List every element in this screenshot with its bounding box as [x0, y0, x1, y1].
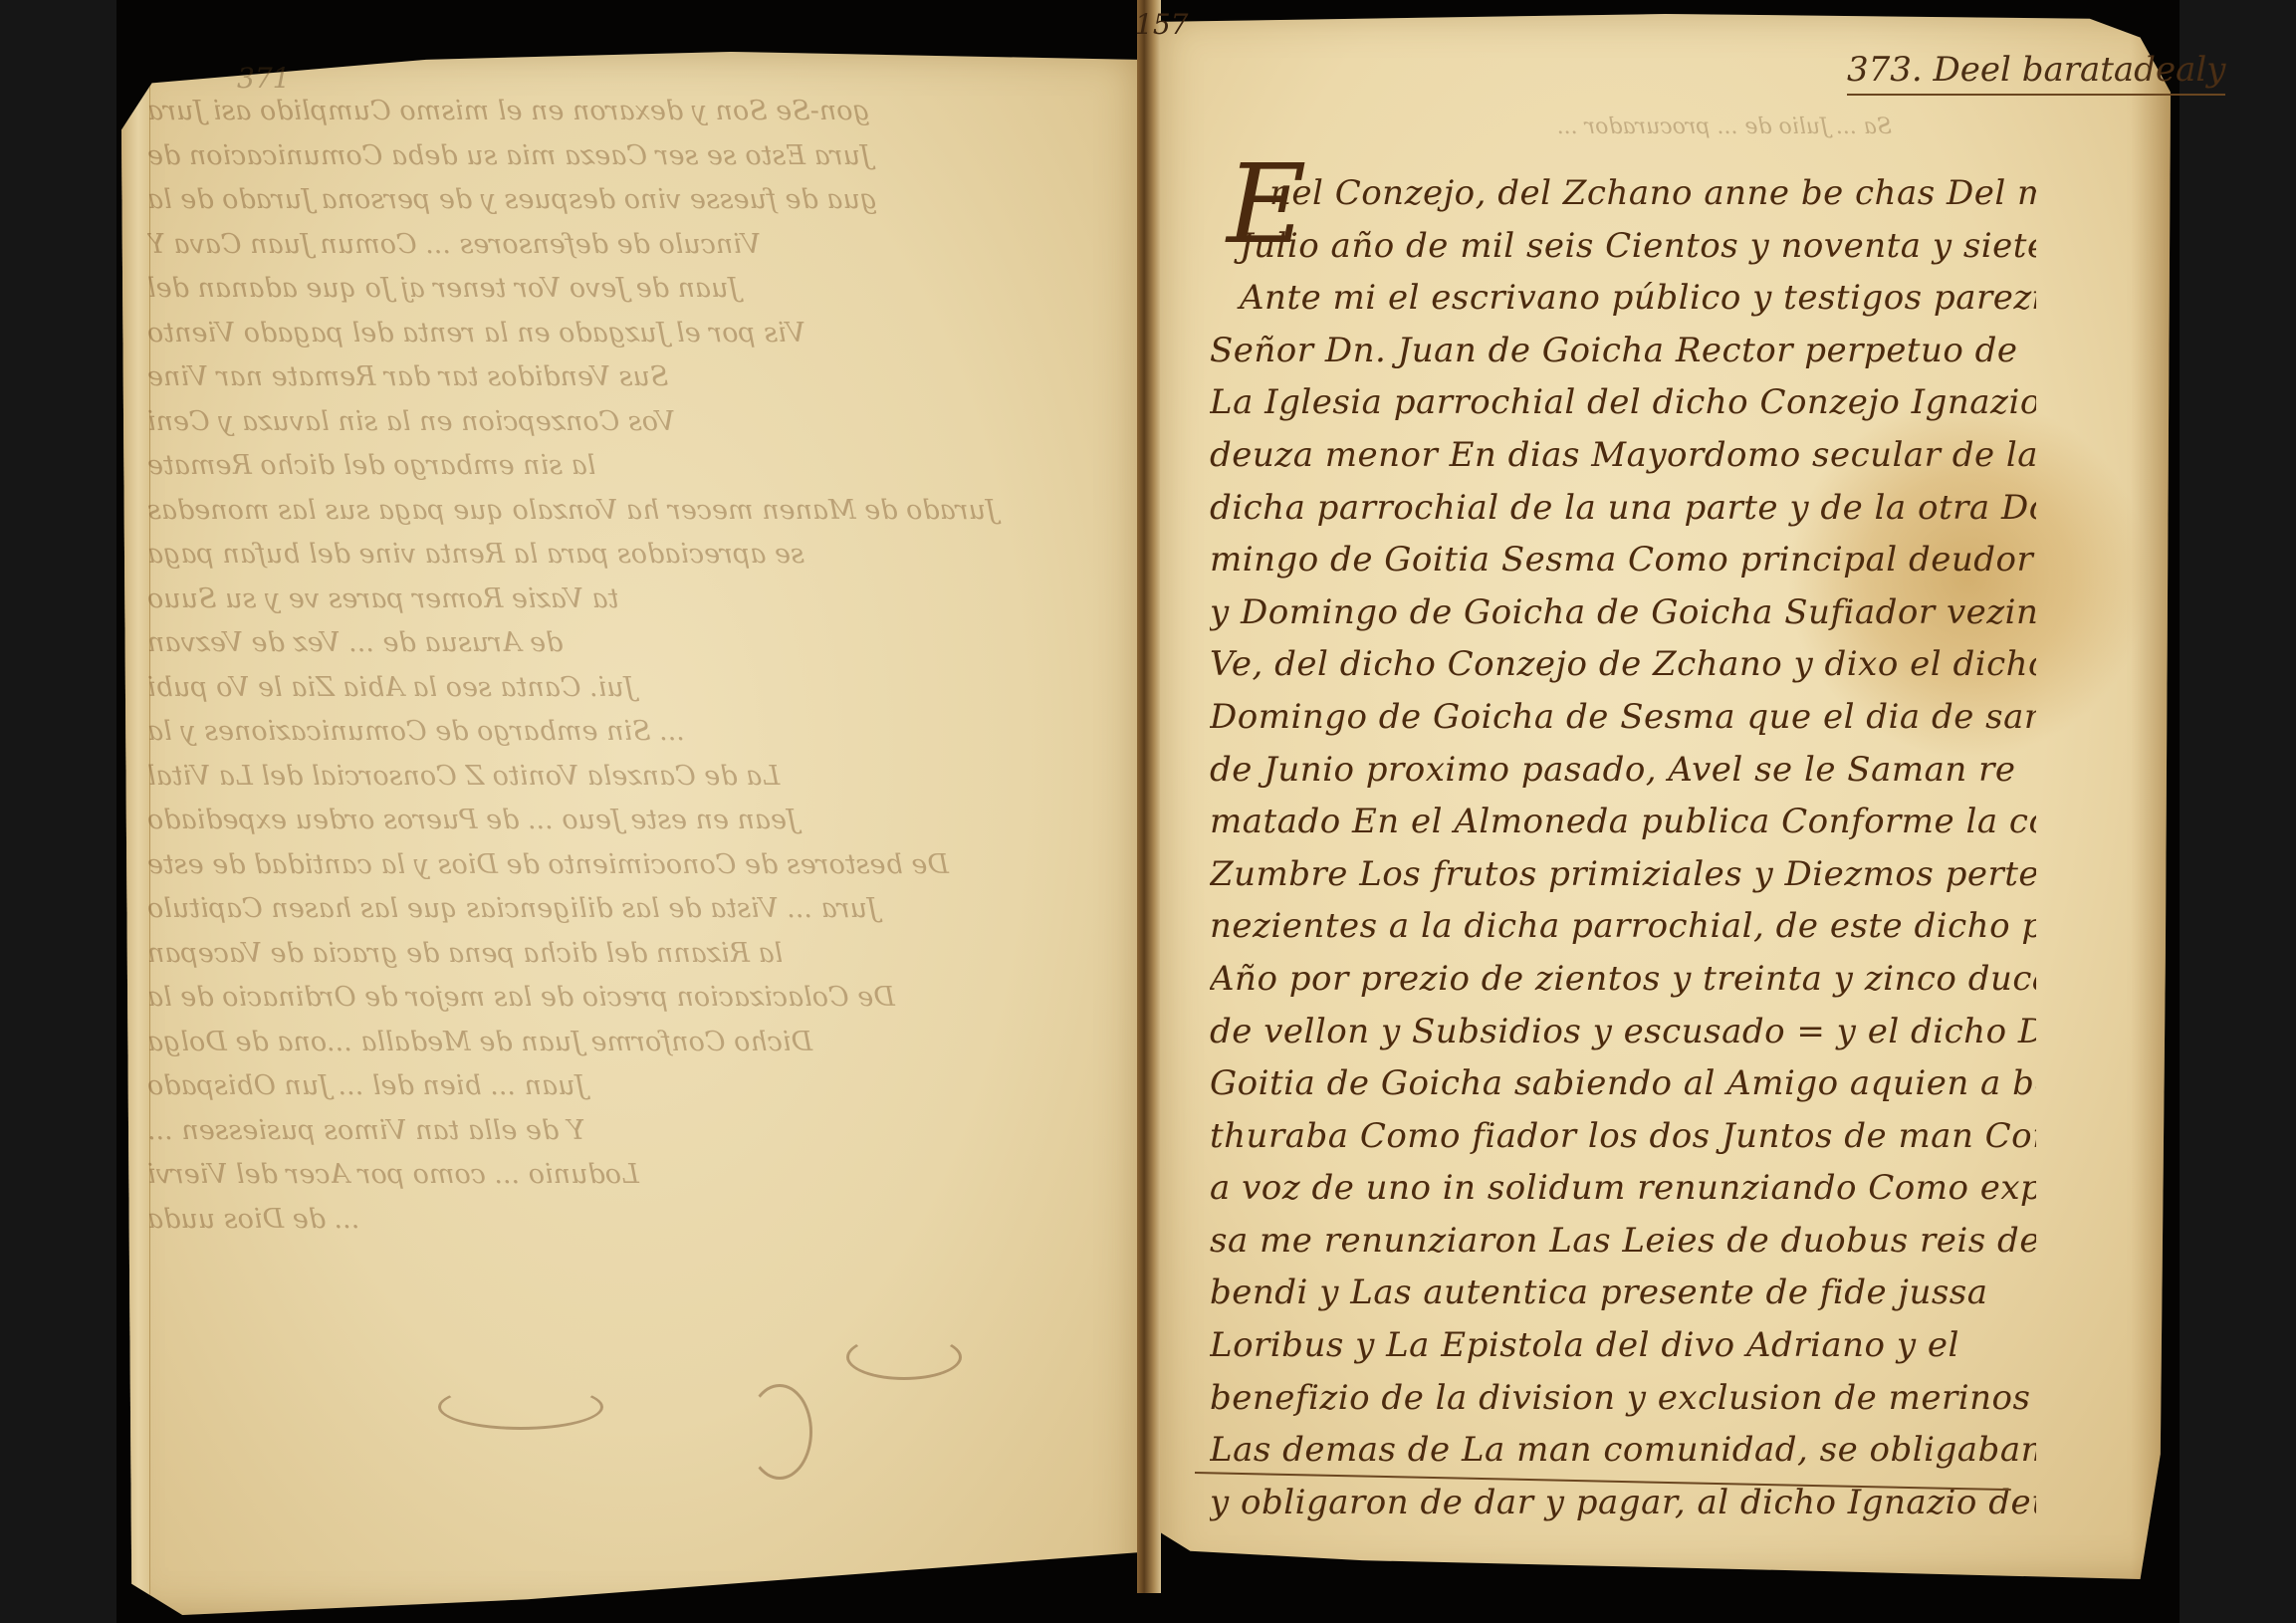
bleed-line: ... Sin embargo de Comunicaziones y la [147, 710, 1043, 755]
text-line: Domingo de Goicha de Sesma que el dia de… [1210, 691, 2036, 744]
text-line: matado En el Almoneda publica Conforme l… [1210, 796, 2036, 848]
text-line: y obligaron de dar y pagar, al dicho Ign… [1210, 1477, 2036, 1529]
bleed-line: Jean en este Jeuo ... de Pueros ordeu ex… [147, 799, 1043, 843]
text-line: sa me renunziaron Las Leies de duobus re… [1210, 1215, 2036, 1268]
text-line: dicha parrochial de la una parte y de la… [1210, 482, 2036, 535]
text-line: Goitia de Goicha sabiendo al Amigo aquie… [1210, 1057, 2036, 1110]
text-line: Año por prezio de zientos y treinta y zi… [1210, 953, 2036, 1006]
bleed-line: Y de ella tan Vimos pusiessen ... [147, 1109, 1043, 1154]
bleed-line: Juan de Jevo Vor tener aj Jo que adanan … [147, 267, 1043, 312]
bleed-line: Vinculo de defensores ... Comun Juan Cav… [147, 223, 1043, 268]
gutter-folio-number: 157 [1135, 8, 1188, 41]
bleed-line: Juan ... bien del ... Jun Obispado [147, 1064, 1043, 1109]
text-line: Las demas de La man comunidad, se obliga… [1210, 1424, 2036, 1477]
signature-flourish [747, 1384, 812, 1480]
bleed-line: se apreciados para la Renta vine del buf… [147, 533, 1043, 578]
bleed-line: ta Vazie Romer pares ve y su Suuo [147, 578, 1043, 622]
right-page-handwritten-text: nel Conzejo, del Zchano anne be chas Del… [1210, 167, 2036, 1528]
signature-flourish [846, 1334, 962, 1380]
text-line: thuraba Como fiador los dos Juntos de ma… [1210, 1110, 2036, 1163]
text-line: Zumbre Los frutos primiziales y Diezmos … [1210, 848, 2036, 901]
text-line: y Domingo de Goicha de Goicha Sufiador v… [1210, 586, 2036, 639]
text-line: nezientes a la dicha parrochial, de este… [1210, 900, 2036, 953]
bleed-line: Lodunio ... como por Acer del Viervi [147, 1153, 1043, 1198]
bleed-line: la Rizann del dicha pena de gracia de Va… [147, 932, 1043, 977]
bleed-line: Dicho Conforme Juan de Medalla ...ona de… [147, 1021, 1043, 1065]
text-line: Julio año de mil seis Cientos y noventa … [1210, 220, 2036, 273]
bleed-line: Jurado de Manen mecer ha Vonzalo que pag… [147, 489, 1043, 534]
bleed-line: la sin embargo del dicho Remate [147, 444, 1043, 489]
text-line: benefizio de la division y exclusion de … [1210, 1372, 2036, 1425]
text-line: bendi y Las autentica presente de fide j… [1210, 1267, 2036, 1319]
bleed-line: Vis por el Juzgado en la renta del pagad… [147, 312, 1043, 356]
text-line: Loribus y La Epistola del divo Adriano y… [1210, 1319, 2036, 1372]
bleed-line: De Colacizacion precio de las mejor de O… [147, 976, 1043, 1021]
text-line: La Iglesia parrochial del dicho Conzejo … [1210, 376, 2036, 429]
text-line: nel Conzejo, del Zchano anne be chas Del… [1210, 167, 2036, 220]
text-line: Señor Dn. Juan de Goicha Rector perpetuo… [1210, 325, 2036, 377]
left-page-bleed-through-text: gon-Se Son y dexaron en el mismo Cumplid… [147, 90, 1043, 1242]
bleed-line: Jura ... Vista de las diligencias que la… [147, 887, 1043, 932]
text-line: Ante mi el escrivano público y testigos … [1210, 272, 2036, 325]
text-line: Ve, del dicho Conzejo de Zchano y dixo e… [1210, 638, 2036, 691]
bleed-line: ... de Dios uuda [147, 1198, 1043, 1243]
bleed-line: Sus Vendidos tar dar Remate nar Vine [147, 355, 1043, 400]
text-line: mingo de Goitia Sesma Como principal deu… [1210, 534, 2036, 586]
text-line: deuza menor En dias Mayordomo secular de… [1210, 429, 2036, 482]
book-gutter [1137, 0, 1161, 1593]
bleed-line: Jui. Canta seo la Abia Zia le Vo pubi [147, 666, 1043, 711]
text-line: de Junio proximo pasado, Avel se le Sama… [1210, 744, 2036, 797]
bleed-line: De bestores de Conocimiento de Dios y la… [147, 843, 1043, 888]
bleed-line: Jura Esto se ser Caeza mia su deba Comun… [147, 134, 1043, 179]
left-page-signatures [418, 1294, 1016, 1474]
text-line: a voz de uno in solidum renunziando Como… [1210, 1162, 2036, 1215]
page-header-reference: 373. Deel baratadealy [1847, 50, 2225, 96]
text-line: de vellon y Subsidios y escusado = y el … [1210, 1006, 2036, 1058]
bleed-line: gua de fuesse vino despues y de persona … [147, 178, 1043, 223]
signature-flourish [438, 1384, 603, 1430]
bleed-line: de Arusua de ... Vez de Vezvan [147, 621, 1043, 666]
bleed-line: gon-Se Son y dexaron en el mismo Cumplid… [147, 90, 1043, 134]
bleed-line: Vos Conzepcion en la sin lavuza y Ceni [147, 400, 1043, 445]
bleed-line: La de Canzela Vonito Z Consorcial del La… [147, 755, 1043, 800]
right-page-faint-header: Sa ... Julio de ... procurador ... [1195, 115, 1892, 139]
